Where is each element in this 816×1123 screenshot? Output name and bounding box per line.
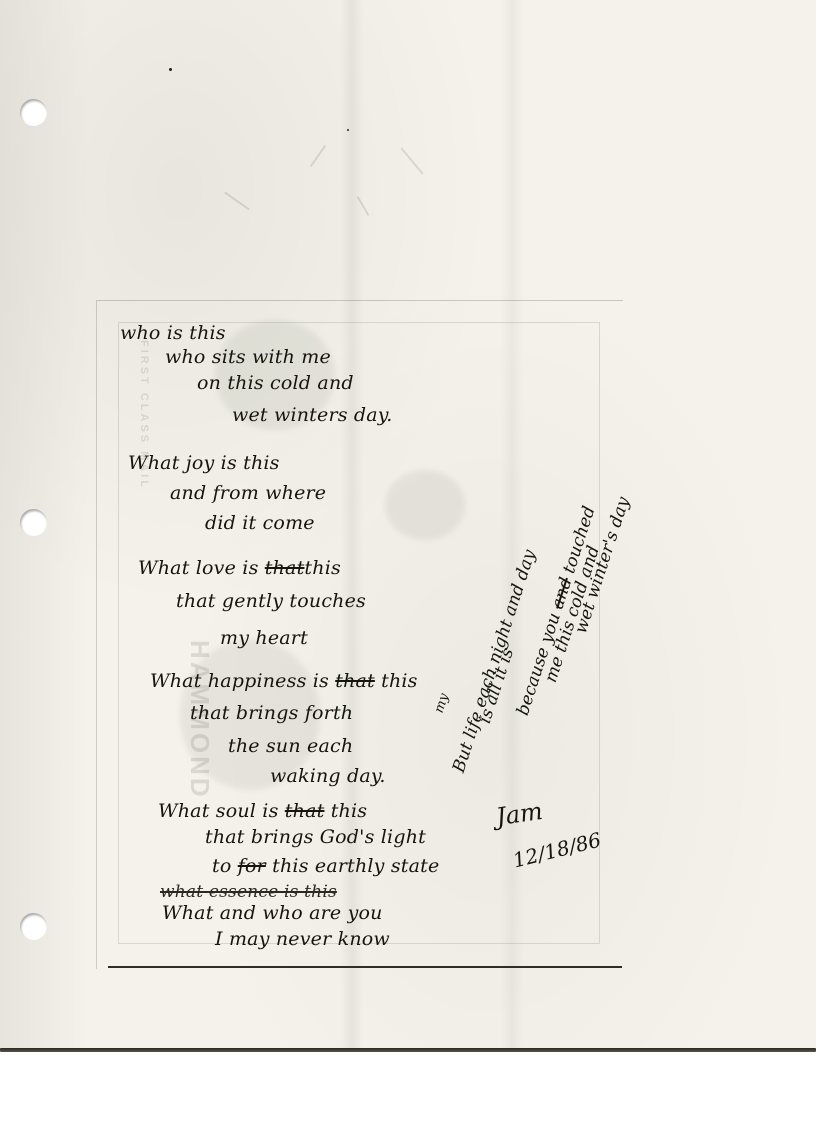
- hole-punch-middle: [20, 509, 47, 536]
- poem-line: who sits with me: [165, 346, 331, 368]
- paper-crease: [357, 196, 370, 216]
- poem-line: What joy is this: [128, 452, 280, 474]
- line-text: What love is: [138, 557, 259, 579]
- poem-line: What love is thatthis: [138, 557, 341, 579]
- poem-line: What soul is that this: [158, 800, 367, 822]
- speck: [169, 68, 172, 71]
- poem-line: the sun each: [228, 735, 353, 757]
- poem-line: did it come: [205, 512, 315, 534]
- poem-line: wet winters day.: [232, 404, 392, 426]
- struck-word: that: [335, 670, 375, 692]
- paper-crease: [310, 145, 327, 167]
- bleed-through-mark: [385, 470, 465, 540]
- paper-crease: [400, 147, 423, 174]
- poem-line: who is this: [120, 322, 226, 344]
- scanned-page: HAMMOND FIRST CLASS MAIL who is this who…: [0, 0, 816, 1050]
- page-bottom-edge: [0, 1048, 816, 1052]
- line-text: What soul is: [158, 800, 279, 822]
- poem-line: What and who are you: [162, 902, 383, 924]
- struck-word: that: [265, 557, 305, 579]
- poem-line: that brings forth: [190, 702, 353, 724]
- poem-line: on this cold and: [197, 372, 354, 394]
- poem-line: to for this earthly state: [212, 855, 439, 877]
- card-bottom-edge: [108, 966, 622, 968]
- hole-punch-top: [20, 99, 47, 126]
- line-text: to: [212, 855, 231, 877]
- poem-line: that brings God's light: [205, 826, 426, 848]
- line-text: this: [331, 800, 368, 822]
- struck-word: that: [285, 800, 325, 822]
- poem-line: that gently touches: [176, 590, 366, 612]
- struck-word: for: [238, 855, 266, 877]
- hole-punch-bottom: [20, 913, 47, 940]
- line-text: this earthly state: [272, 855, 439, 877]
- struck-line: what essence is this: [160, 882, 337, 902]
- paper-crease: [224, 192, 250, 211]
- line-text: What happiness is: [150, 670, 329, 692]
- speck: [347, 129, 349, 131]
- poem-line: and from where: [170, 482, 326, 504]
- poem-line: my heart: [220, 627, 308, 649]
- line-text: this: [381, 670, 418, 692]
- poem-line: What happiness is that this: [150, 670, 418, 692]
- poem-line: I may never know: [215, 928, 390, 950]
- line-text: this: [304, 557, 341, 579]
- poem-line: waking day.: [270, 765, 386, 787]
